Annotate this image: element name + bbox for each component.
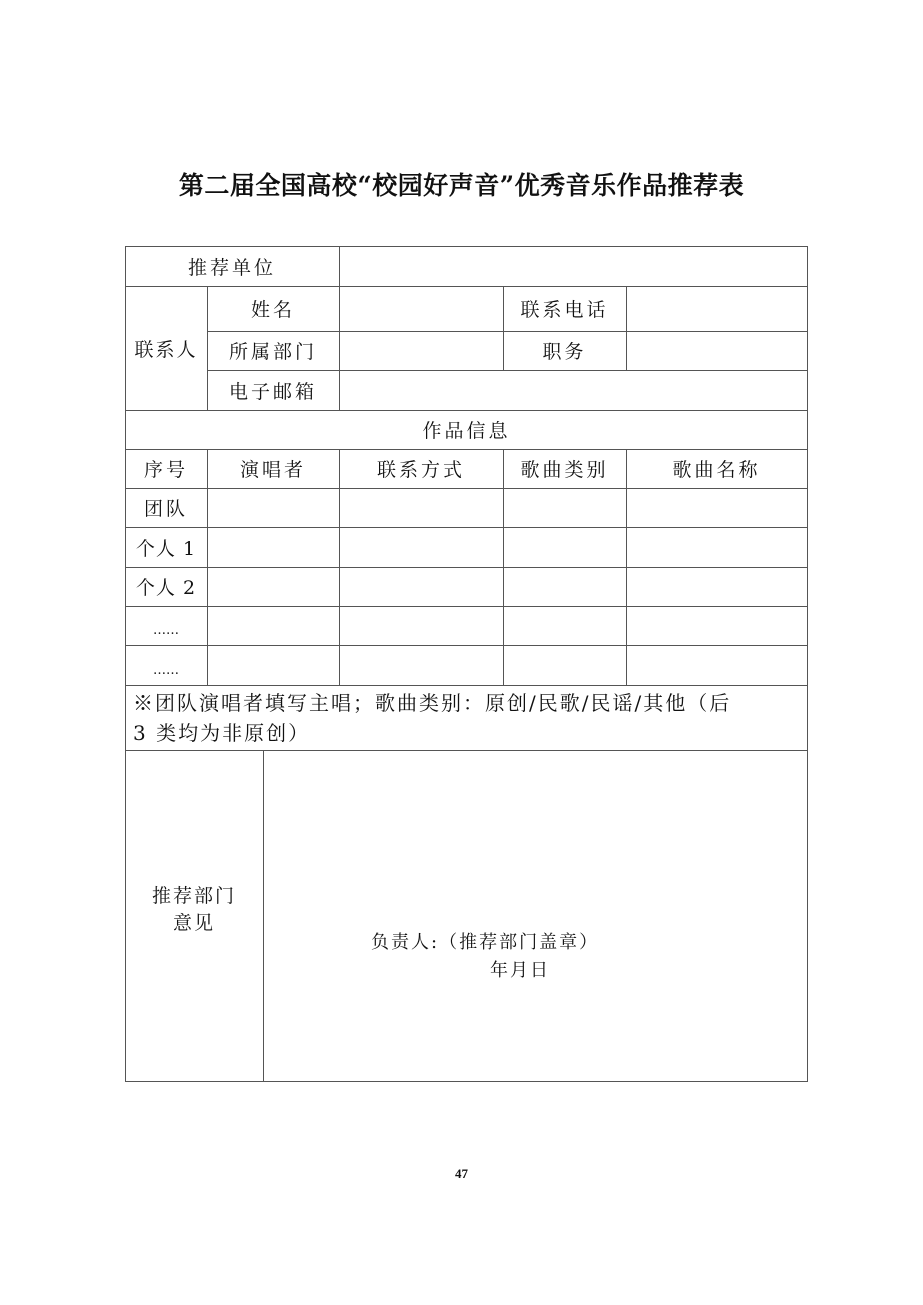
- category-input[interactable]: [504, 607, 626, 645]
- song-title-input[interactable]: [627, 489, 807, 527]
- contact-input[interactable]: [340, 607, 503, 645]
- performer-input[interactable]: [208, 607, 339, 645]
- note-line-1: ※团队演唱者填写主唱；歌曲类别：原创/民歌/民谣/其他（后: [133, 688, 803, 718]
- song-title-input[interactable]: [627, 646, 807, 685]
- page-number: 47: [0, 1166, 923, 1182]
- recommendation-form-table: 推荐单位 联系人 姓名 联系电话 所属部门 职务 电子邮箱 作品信息 序号 演唱…: [0, 0, 923, 1305]
- category-input[interactable]: [504, 489, 626, 527]
- contact-input[interactable]: [340, 528, 503, 567]
- category-input[interactable]: [504, 568, 626, 606]
- recommending-unit-input[interactable]: [340, 247, 807, 286]
- contact-input[interactable]: [340, 489, 503, 527]
- department-opinion-label: 推荐部门 意见: [125, 880, 263, 940]
- phone-input[interactable]: [627, 287, 807, 331]
- department-opinion-input[interactable]: [264, 751, 807, 1081]
- signature-line: 负责人:（推荐部门盖章）: [371, 928, 599, 954]
- row-index: 团队: [125, 488, 207, 527]
- note-line-2: 3 类均为非原创）: [133, 718, 803, 748]
- position-input[interactable]: [627, 332, 807, 370]
- column-header-song-title: 歌曲名称: [626, 449, 807, 488]
- table-border-right: [807, 246, 808, 1082]
- email-input[interactable]: [340, 371, 807, 410]
- date-line: 年月日: [490, 956, 550, 982]
- column-header-contact: 联系方式: [339, 449, 503, 488]
- category-input[interactable]: [504, 528, 626, 567]
- column-header-performer: 演唱者: [207, 449, 339, 488]
- row-divider: [125, 685, 808, 686]
- column-header-index: 序号: [125, 449, 207, 488]
- row-index: ……: [125, 606, 207, 645]
- department-input[interactable]: [340, 332, 503, 370]
- row-index: 个人 1: [125, 527, 207, 567]
- position-label: 职务: [503, 331, 626, 370]
- performer-input[interactable]: [208, 568, 339, 606]
- phone-label: 联系电话: [503, 286, 626, 331]
- form-note: ※团队演唱者填写主唱；歌曲类别：原创/民歌/民谣/其他（后 3 类均为非原创）: [133, 688, 803, 748]
- name-label: 姓名: [207, 286, 339, 331]
- performer-input[interactable]: [208, 528, 339, 567]
- department-label: 所属部门: [207, 331, 339, 370]
- contact-input[interactable]: [340, 568, 503, 606]
- opinion-label-line-2: 意见: [173, 910, 215, 937]
- opinion-label-line-1: 推荐部门: [152, 883, 236, 910]
- column-header-category: 歌曲类别: [503, 449, 626, 488]
- performer-input[interactable]: [208, 489, 339, 527]
- recommending-unit-label: 推荐单位: [125, 246, 339, 286]
- email-label: 电子邮箱: [207, 370, 339, 410]
- table-border-bottom: [125, 1081, 808, 1082]
- works-section-header: 作品信息: [125, 410, 808, 449]
- category-input[interactable]: [504, 646, 626, 685]
- song-title-input[interactable]: [627, 568, 807, 606]
- performer-input[interactable]: [208, 646, 339, 685]
- name-input[interactable]: [340, 287, 503, 331]
- contact-input[interactable]: [340, 646, 503, 685]
- contact-person-label: 联系人: [125, 286, 207, 410]
- song-title-input[interactable]: [627, 528, 807, 567]
- song-title-input[interactable]: [627, 607, 807, 645]
- row-index: 个人 2: [125, 567, 207, 606]
- row-index: ……: [125, 645, 207, 685]
